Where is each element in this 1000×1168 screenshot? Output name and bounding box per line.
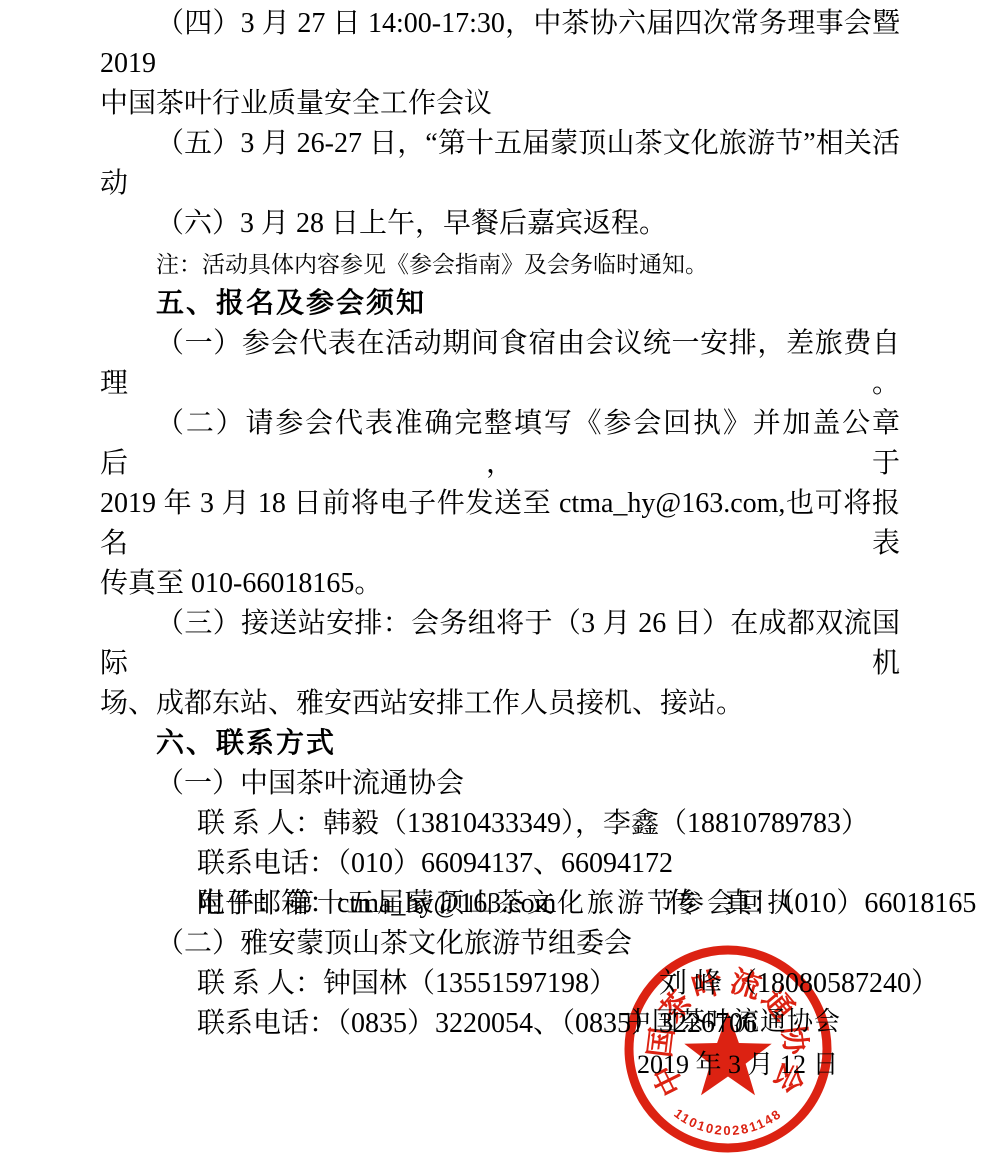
document-line: （二）请参会代表准确完整填写《参会回执》并加盖公章后，于: [100, 404, 900, 484]
signature-org: 中国茶叶流通协会: [625, 1007, 841, 1037]
attachment-line: 附件：第十五届蒙顶山茶文化旅游节参会回执: [197, 886, 797, 920]
document-line: 联系电话：（010）66094137、66094172: [100, 844, 900, 884]
svg-text:1101020281148: 1101020281148: [671, 1106, 784, 1138]
document-line: 联 系 人：钟国林（13551597198） 刘 峰 （18080587240）: [100, 964, 900, 1004]
document-line: （二）雅安蒙顶山茶文化旅游节组委会: [100, 924, 900, 964]
document-line: 2019 年 3 月 18 日前将电子件发送至 ctma_hy@163.com,…: [100, 484, 900, 564]
document-page: （四）3 月 27 日 14:00-17:30，中茶协六届四次常务理事会暨 20…: [0, 0, 1000, 1168]
document-line: 场、成都东站、雅安西站安排工作人员接机、接站。: [100, 684, 900, 724]
document-line: 中国茶叶行业质量安全工作会议: [100, 84, 900, 124]
document-line: （六）3 月 28 日上午，早餐后嘉宾返程。: [100, 204, 900, 244]
document-line: 注：活动具体内容参见《参会指南》及会务临时通知。: [100, 244, 900, 284]
document-line: 六、联系方式: [100, 724, 900, 764]
signature-date: 2019 年 3 月 12 日: [637, 1050, 839, 1080]
seal-registration-code: 1101020281148: [671, 1106, 784, 1138]
document-line: （一）中国茶叶流通协会: [100, 764, 900, 804]
document-line: 传真至 010-66018165。: [100, 564, 900, 604]
document-line: 联 系 人：韩毅（13810433349），李鑫（18810789783）: [100, 804, 900, 844]
document-line: 五、报名及参会须知: [100, 284, 900, 324]
document-line: （五）3 月 26-27 日，“第十五届蒙顶山茶文化旅游节”相关活动: [100, 124, 900, 204]
document-line: （四）3 月 27 日 14:00-17:30，中茶协六届四次常务理事会暨 20…: [100, 4, 900, 84]
document-line: （三）接送站安排：会务组将于（3 月 26 日）在成都双流国际机: [100, 604, 900, 684]
document-line: （一）参会代表在活动期间食宿由会议统一安排，差旅费自理。: [100, 324, 900, 404]
